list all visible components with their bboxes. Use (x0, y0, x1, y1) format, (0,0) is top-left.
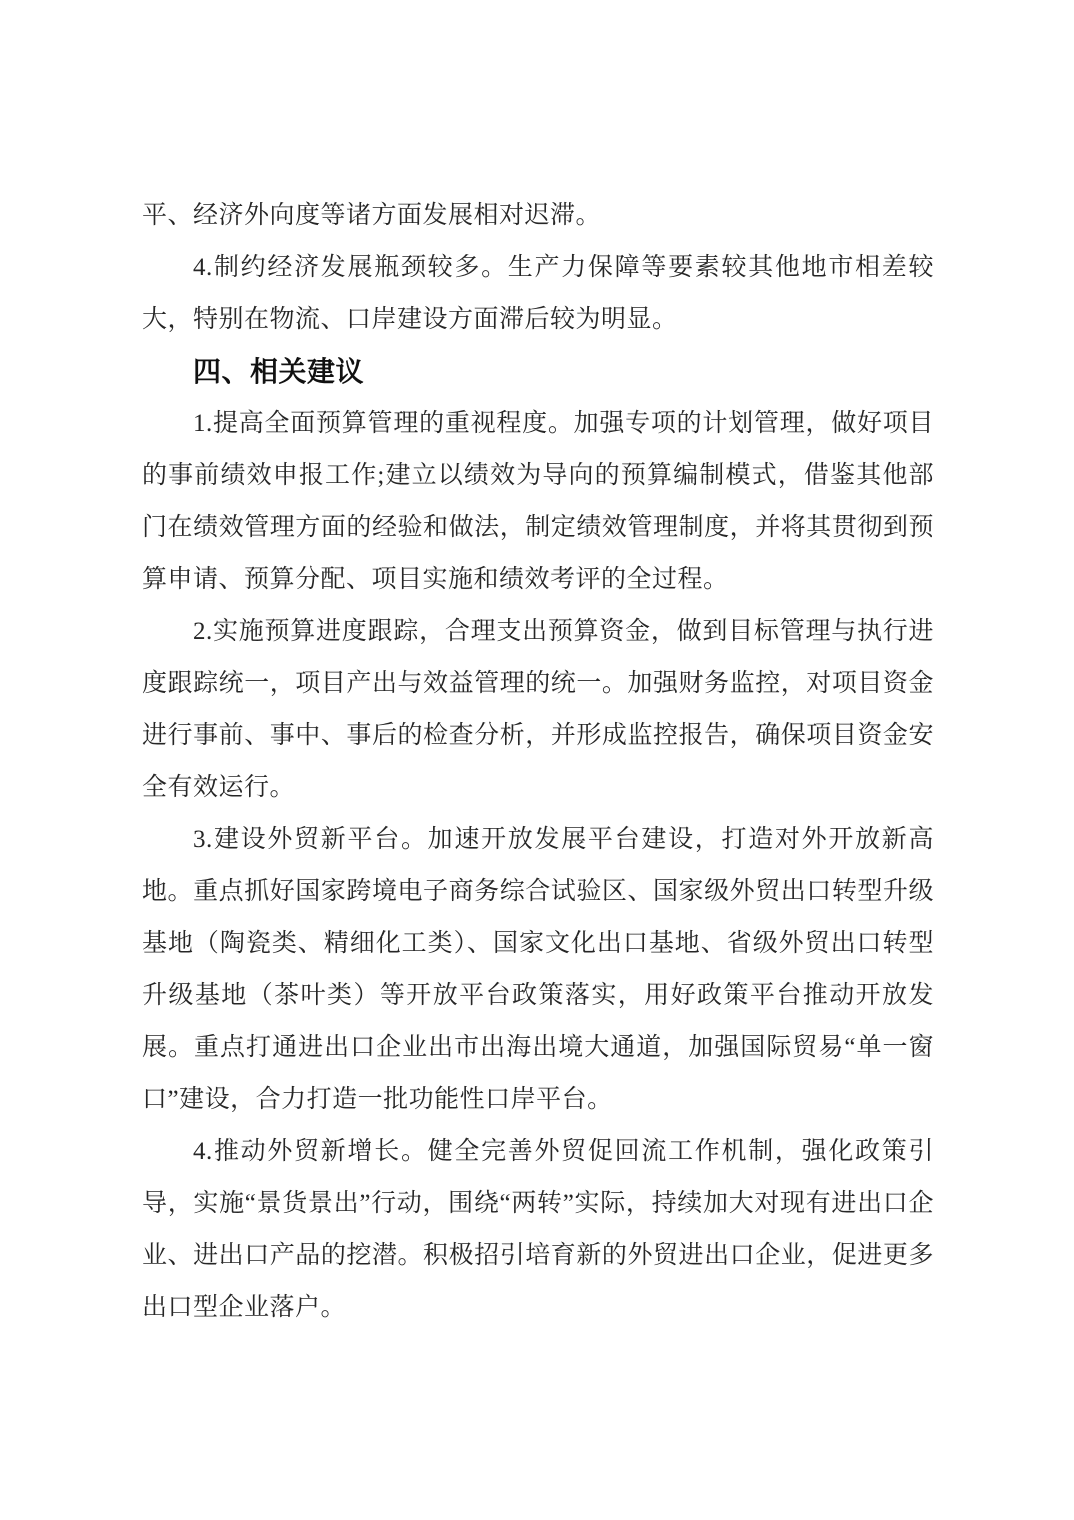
paragraph-bottleneck-constraints: 4.制约经济发展瓶颈较多。生产力保障等要素较其他地市相差较大，特别在物流、口岸建… (142, 242, 934, 346)
suggestion-paragraph-3-trade-platform: 3.建设外贸新平台。加速开放发展平台建设，打造对外开放新高地。重点抓好国家跨境电… (142, 814, 934, 1126)
suggestion-paragraph-2-budget-tracking: 2.实施预算进度跟踪，合理支出预算资金，做到目标管理与执行进度跟踪统一，项目产出… (142, 606, 934, 814)
paragraph-continuation: 平、经济外向度等诸方面发展相对迟滞。 (142, 190, 934, 242)
suggestion-paragraph-1-budget-management: 1.提高全面预算管理的重视程度。加强专项的计划管理，做好项目的事前绩效申报工作;… (142, 398, 934, 606)
document-body: 平、经济外向度等诸方面发展相对迟滞。 4.制约经济发展瓶颈较多。生产力保障等要素… (142, 190, 934, 1334)
section-heading-related-suggestions: 四、相关建议 (142, 346, 934, 398)
document-page: 平、经济外向度等诸方面发展相对迟滞。 4.制约经济发展瓶颈较多。生产力保障等要素… (0, 0, 1074, 1520)
suggestion-paragraph-4-trade-growth: 4.推动外贸新增长。健全完善外贸促回流工作机制，强化政策引导，实施“景货景出”行… (142, 1126, 934, 1334)
